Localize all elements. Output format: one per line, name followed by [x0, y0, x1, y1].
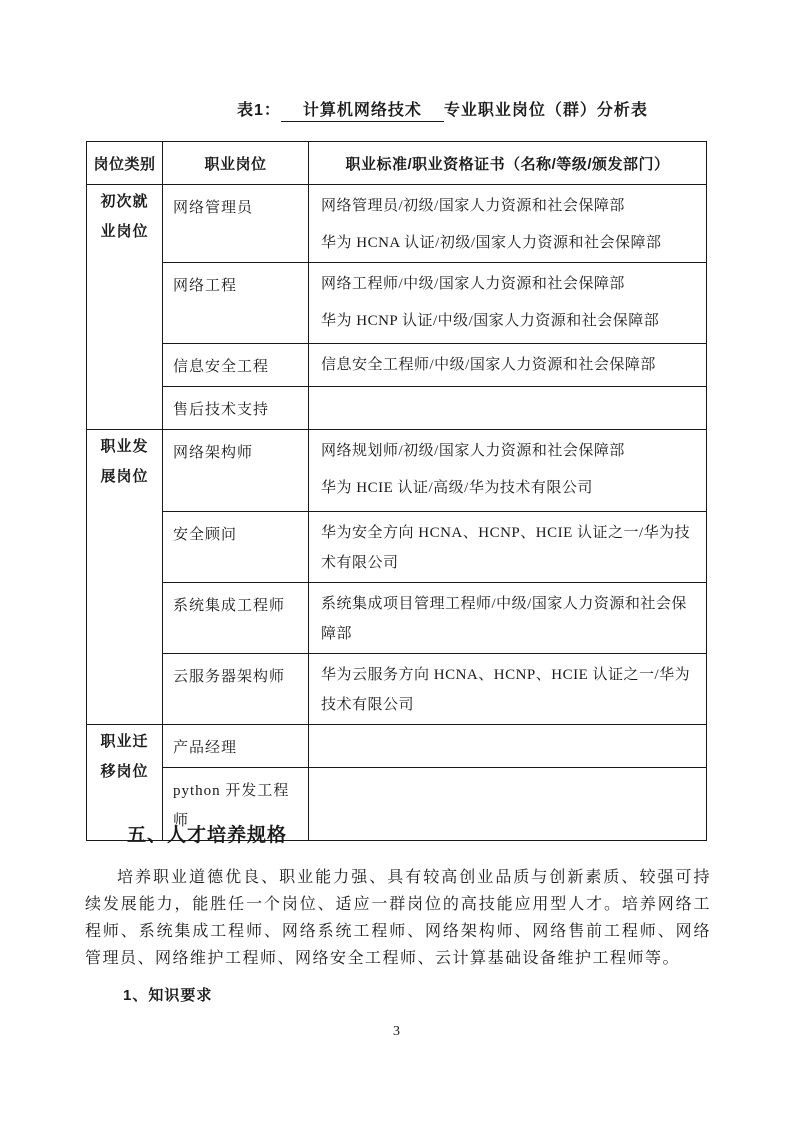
- table-title-underlined-term: 计算机网络技术: [281, 97, 444, 122]
- page-number: 3: [0, 1024, 793, 1040]
- certificate-cell: [309, 387, 707, 430]
- job-positions-table: 岗位类别 职业岗位 职业标准/职业资格证书（名称/等级/颁发部门） 初次就业岗位…: [86, 141, 707, 841]
- sub-heading-knowledge: 1、知识要求: [123, 984, 212, 1005]
- certificate-line: 网络管理员/初级/国家人力资源和社会保障部: [321, 191, 698, 221]
- position-cell: 网络架构师: [163, 430, 309, 512]
- certificate-line: 网络规划师/初级/国家人力资源和社会保障部: [321, 436, 698, 466]
- table-row: 初次就业岗位网络管理员网络管理员/初级/国家人力资源和社会保障部华为 HCNA …: [87, 185, 707, 263]
- category-cell: 职业发展岗位: [87, 430, 163, 725]
- table-header-row: 岗位类别 职业岗位 职业标准/职业资格证书（名称/等级/颁发部门）: [87, 142, 707, 185]
- position-cell: 安全顾问: [163, 512, 309, 583]
- certificate-line: 网络工程师/中级/国家人力资源和社会保障部: [321, 269, 698, 299]
- table-row: 职业迁移岗位产品经理: [87, 725, 707, 768]
- table-row: 系统集成工程师系统集成项目管理工程师/中级/国家人力资源和社会保障部: [87, 583, 707, 654]
- position-cell: 售后技术支持: [163, 387, 309, 430]
- header-cell-certificate: 职业标准/职业资格证书（名称/等级/颁发部门）: [309, 142, 707, 185]
- header-cell-category: 岗位类别: [87, 142, 163, 185]
- certificate-line: 信息安全工程师/中级/国家人力资源和社会保障部: [321, 350, 698, 380]
- table-row: 云服务器架构师华为云服务方向 HCNA、HCNP、HCIE 认证之一/华为技术有…: [87, 654, 707, 725]
- certificate-cell: 网络工程师/中级/国家人力资源和社会保障部华为 HCNP 认证/中级/国家人力资…: [309, 263, 707, 344]
- certificate-cell: [309, 768, 707, 841]
- position-cell: 信息安全工程: [163, 344, 309, 387]
- certificate-line: 华为 HCNA 认证/初级/国家人力资源和社会保障部: [321, 228, 698, 258]
- certificate-cell: 华为云服务方向 HCNA、HCNP、HCIE 认证之一/华为技术有限公司: [309, 654, 707, 725]
- table-title: 表1：计算机网络技术专业职业岗位（群）分析表: [237, 97, 648, 122]
- table-row: 职业发展岗位网络架构师网络规划师/初级/国家人力资源和社会保障部华为 HCIE …: [87, 430, 707, 512]
- position-cell: 云服务器架构师: [163, 654, 309, 725]
- table-row: 网络工程网络工程师/中级/国家人力资源和社会保障部华为 HCNP 认证/中级/国…: [87, 263, 707, 344]
- certificate-line: 华为 HCNP 认证/中级/国家人力资源和社会保障部: [321, 306, 698, 336]
- position-cell: 网络管理员: [163, 185, 309, 263]
- position-cell: 网络工程: [163, 263, 309, 344]
- header-cell-position: 职业岗位: [163, 142, 309, 185]
- table-row: 安全顾问华为安全方向 HCNA、HCNP、HCIE 认证之一/华为技术有限公司: [87, 512, 707, 583]
- table-row: 售后技术支持: [87, 387, 707, 430]
- certificate-line: 系统集成项目管理工程师/中级/国家人力资源和社会保障部: [321, 589, 698, 649]
- section-heading: 五、人才培养规格: [127, 820, 287, 847]
- certificate-cell: 信息安全工程师/中级/国家人力资源和社会保障部: [309, 344, 707, 387]
- certificate-line: 华为 HCIE 认证/高级/华为技术有限公司: [321, 473, 698, 503]
- table-title-prefix: 表1：: [237, 102, 281, 119]
- training-spec-paragraph: 培养职业道德优良、职业能力强、具有较高创业品质与创新素质、较强可持续发展能力，能…: [85, 864, 711, 972]
- category-cell: 初次就业岗位: [87, 185, 163, 430]
- certificate-cell: 网络规划师/初级/国家人力资源和社会保障部华为 HCIE 认证/高级/华为技术有…: [309, 430, 707, 512]
- certificate-line: 华为安全方向 HCNA、HCNP、HCIE 认证之一/华为技术有限公司: [321, 518, 698, 578]
- certificate-cell: 系统集成项目管理工程师/中级/国家人力资源和社会保障部: [309, 583, 707, 654]
- certificate-line: 华为云服务方向 HCNA、HCNP、HCIE 认证之一/华为技术有限公司: [321, 660, 698, 720]
- table-title-suffix: 专业职业岗位（群）分析表: [444, 102, 648, 119]
- position-cell: 产品经理: [163, 725, 309, 768]
- certificate-cell: 网络管理员/初级/国家人力资源和社会保障部华为 HCNA 认证/初级/国家人力资…: [309, 185, 707, 263]
- position-cell: 系统集成工程师: [163, 583, 309, 654]
- certificate-cell: 华为安全方向 HCNA、HCNP、HCIE 认证之一/华为技术有限公司: [309, 512, 707, 583]
- table-row: 信息安全工程信息安全工程师/中级/国家人力资源和社会保障部: [87, 344, 707, 387]
- certificate-cell: [309, 725, 707, 768]
